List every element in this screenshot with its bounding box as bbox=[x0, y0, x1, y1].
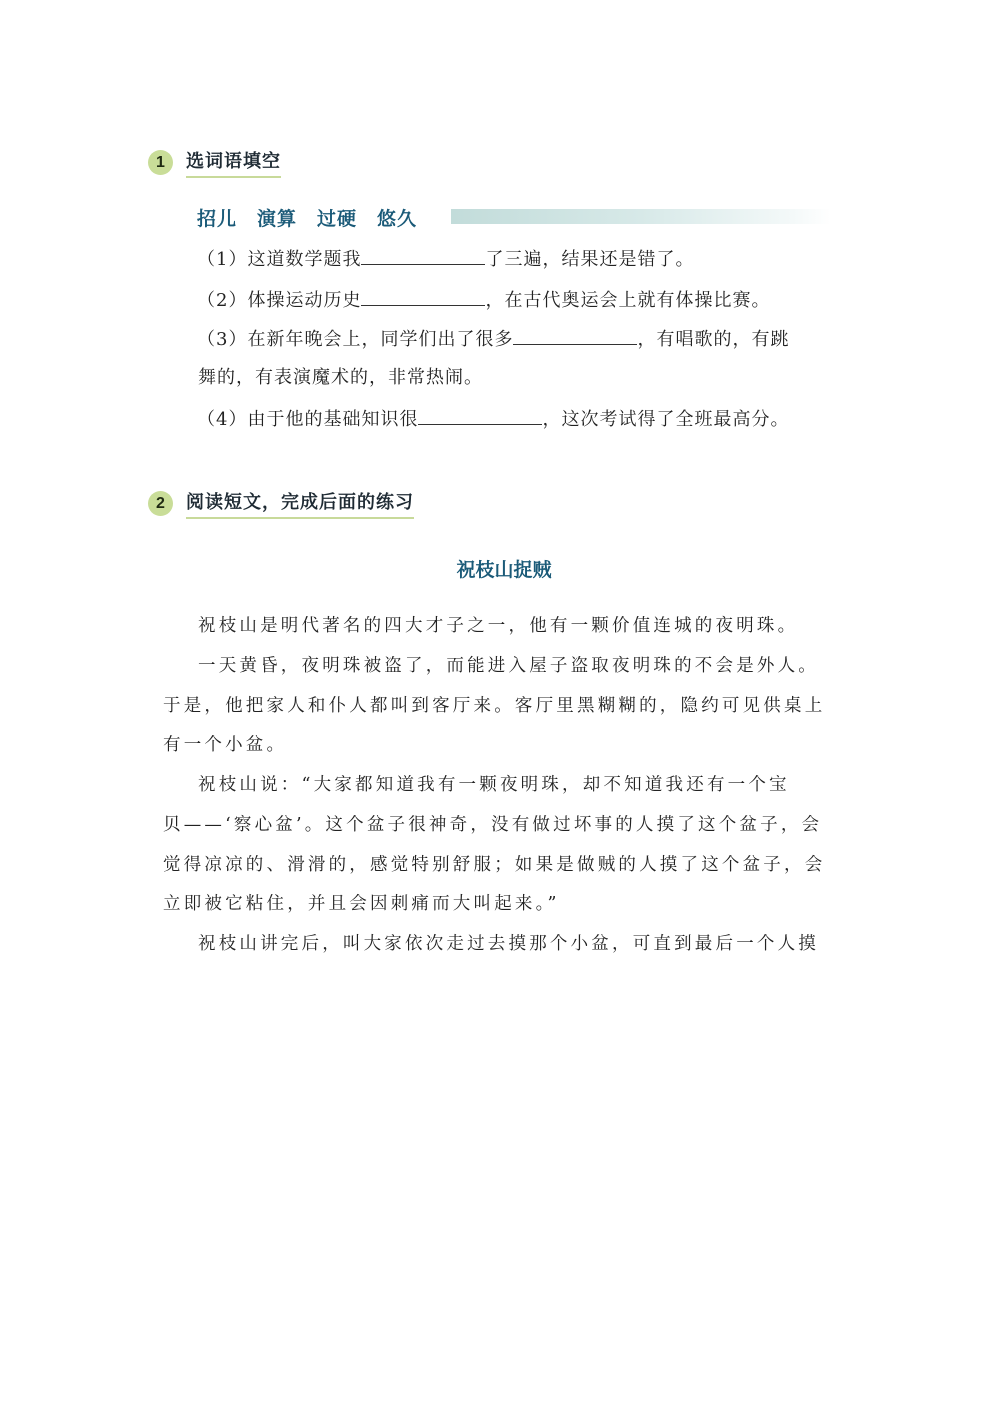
section-title: 选词语填空 bbox=[186, 147, 281, 178]
question-label: （1） bbox=[197, 249, 247, 270]
word-bank-item: 悠久 bbox=[377, 204, 417, 231]
answer-blank[interactable] bbox=[361, 248, 485, 265]
question-text-after: ，在古代奥运会上就有体操比赛。 bbox=[485, 290, 770, 311]
article-line: 祝枝山讲完后，叫大家依次走过去摸那个小盆，可直到最后一个人摸 bbox=[198, 934, 819, 954]
question-text-before: 体操运动历史 bbox=[247, 290, 361, 311]
word-bank-decorative-bar bbox=[451, 209, 831, 224]
article-line: 祝枝山是明代著名的四大才子之一，他有一颗价值连城的夜明珠。 bbox=[198, 616, 798, 636]
question-3-continuation: 舞的，有表演魔术的，非常热闹。 bbox=[198, 368, 483, 388]
word-bank-item: 演算 bbox=[257, 204, 297, 231]
question-text-after: ，有唱歌的，有跳 bbox=[637, 329, 789, 350]
article-title: 祝枝山捉贼 bbox=[0, 555, 1000, 582]
question-text-before: 这道数学题我 bbox=[247, 249, 361, 270]
article-line: 贝——‘察心盆’。这个盆子很神奇，没有做过坏事的人摸了这个盆子，会 bbox=[163, 815, 822, 835]
word-bank: 招儿 演算 过硬 悠久 bbox=[197, 204, 437, 231]
question-label: （2） bbox=[197, 290, 247, 311]
article-line: 祝枝山说：“大家都知道我有一颗夜明珠，却不知道我还有一个宝 bbox=[198, 775, 790, 795]
question-2: （2）体操运动历史，在古代奥运会上就有体操比赛。 bbox=[197, 289, 770, 311]
question-text-after: ，这次考试得了全班最高分。 bbox=[542, 409, 789, 430]
section-1-header: 1 选词语填空 bbox=[148, 147, 281, 178]
question-3: （3）在新年晚会上，同学们出了很多，有唱歌的，有跳 bbox=[197, 328, 789, 350]
word-bank-item: 招儿 bbox=[197, 204, 237, 231]
question-label: （3） bbox=[197, 329, 247, 350]
question-4: （4）由于他的基础知识很，这次考试得了全班最高分。 bbox=[197, 408, 789, 430]
question-1: （1）这道数学题我了三遍，结果还是错了。 bbox=[197, 248, 694, 270]
article-line: 觉得凉凉的、滑滑的，感觉特别舒服；如果是做贼的人摸了这个盆子，会 bbox=[163, 855, 825, 875]
question-text-after: 了三遍，结果还是错了。 bbox=[485, 249, 694, 270]
section-number-badge: 2 bbox=[148, 491, 173, 516]
article-line: 于是，他把家人和仆人都叫到客厅来。客厅里黑糊糊的，隐约可见供桌上 bbox=[163, 696, 825, 716]
answer-blank[interactable] bbox=[513, 328, 637, 345]
section-number-badge: 1 bbox=[148, 150, 173, 175]
article-line: 一天黄昏，夜明珠被盗了，而能进入屋子盗取夜明珠的不会是外人。 bbox=[198, 656, 819, 676]
answer-blank[interactable] bbox=[418, 408, 542, 425]
question-text-before: 由于他的基础知识很 bbox=[247, 409, 418, 430]
section-2-header: 2 阅读短文，完成后面的练习 bbox=[148, 488, 414, 519]
word-bank-item: 过硬 bbox=[317, 204, 357, 231]
article-line: 立即被它粘住，并且会因刺痛而大叫起来。” bbox=[163, 894, 560, 914]
answer-blank[interactable] bbox=[361, 289, 485, 306]
article-line: 有一个小盆。 bbox=[163, 735, 287, 755]
question-text-before: 在新年晚会上，同学们出了很多 bbox=[247, 329, 513, 350]
section-title: 阅读短文，完成后面的练习 bbox=[186, 488, 414, 519]
question-label: （4） bbox=[197, 409, 247, 430]
